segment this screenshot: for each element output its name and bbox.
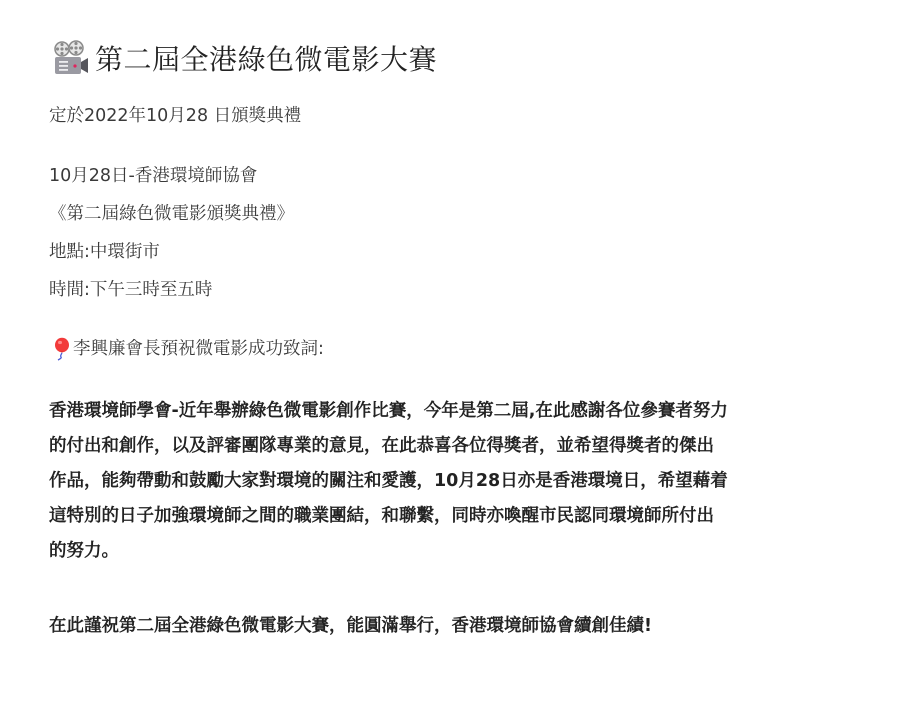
speech-line: 的努力。 bbox=[49, 534, 869, 569]
closing-text: 在此謹祝第二屆全港綠色微電影大賽，能圓滿舉行，香港環境師協會續創佳績! bbox=[49, 609, 869, 644]
speech-line: 的付出和創作，以及評審團隊專業的意見，在此恭喜各位得獎者，並希望得獎者的傑出 bbox=[49, 429, 869, 464]
speech-line: 作品，能夠帶動和鼓勵大家對環境的關注和愛護，10月28日亦是香港環境日，希望藉着 bbox=[49, 464, 869, 499]
page-title-row: 第二屆全港綠色微電影大賽 bbox=[51, 36, 437, 80]
speech-heading: 李興廉會長預祝微電影成功致詞: bbox=[49, 337, 324, 361]
balloon-icon bbox=[49, 337, 71, 361]
event-time: 時間:下午三時至五時 bbox=[49, 278, 212, 302]
film-projector-icon bbox=[51, 38, 91, 78]
speech-line: 香港環境師學會-近年舉辦綠色微電影創作比賽，今年是第二屆,在此感謝各位參賽者努力 bbox=[49, 394, 869, 429]
speech-line: 這特別的日子加強環境師之間的職業團結，和聯繫，同時亦喚醒市民認同環境師所付出 bbox=[49, 499, 869, 534]
closing-remark: 在此謹祝第二屆全港綠色微電影大賽，能圓滿舉行，香港環境師協會續創佳績! bbox=[49, 609, 869, 644]
speech-heading-text: 李興廉會長預祝微電影成功致詞: bbox=[73, 337, 324, 361]
event-venue: 地點:中環街市 bbox=[49, 240, 160, 264]
event-name: 《第二屆綠色微電影頒獎典禮》 bbox=[49, 202, 294, 226]
page-title: 第二屆全港綠色微電影大賽 bbox=[95, 38, 437, 78]
ceremony-date: 定於2022年10月28 日頒獎典禮 bbox=[49, 104, 301, 128]
speech-body: 香港環境師學會-近年舉辦綠色微電影創作比賽，今年是第二屆,在此感謝各位參賽者努力… bbox=[49, 394, 869, 569]
event-organizer: 10月28日-香港環境師協會 bbox=[49, 164, 257, 188]
